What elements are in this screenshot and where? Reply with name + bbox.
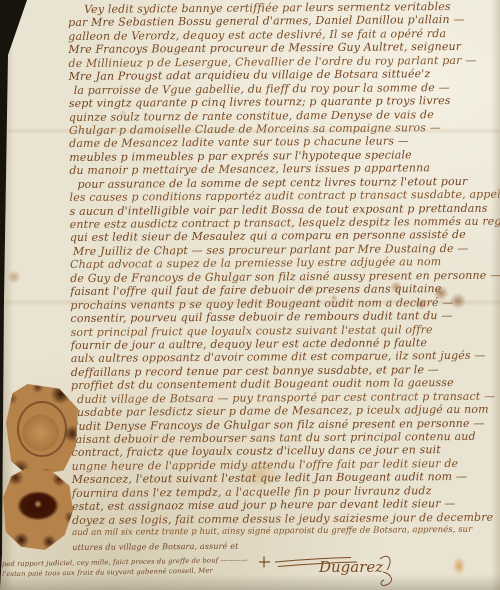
manuscript-body-text: Vey ledit sydicte bannye certiffiée par … bbox=[68, 0, 500, 552]
manuscript-photo: Vey ledit sydicte bannye certiffiée par … bbox=[0, 0, 500, 590]
wax-seal-impression-ring bbox=[17, 401, 67, 457]
signature-name: Dugarez bbox=[318, 558, 383, 576]
wax-seal-upper bbox=[6, 384, 78, 476]
signature-flourish: Dugarez + bbox=[253, 545, 423, 587]
signature-block: Dugarez + bbox=[253, 545, 423, 587]
